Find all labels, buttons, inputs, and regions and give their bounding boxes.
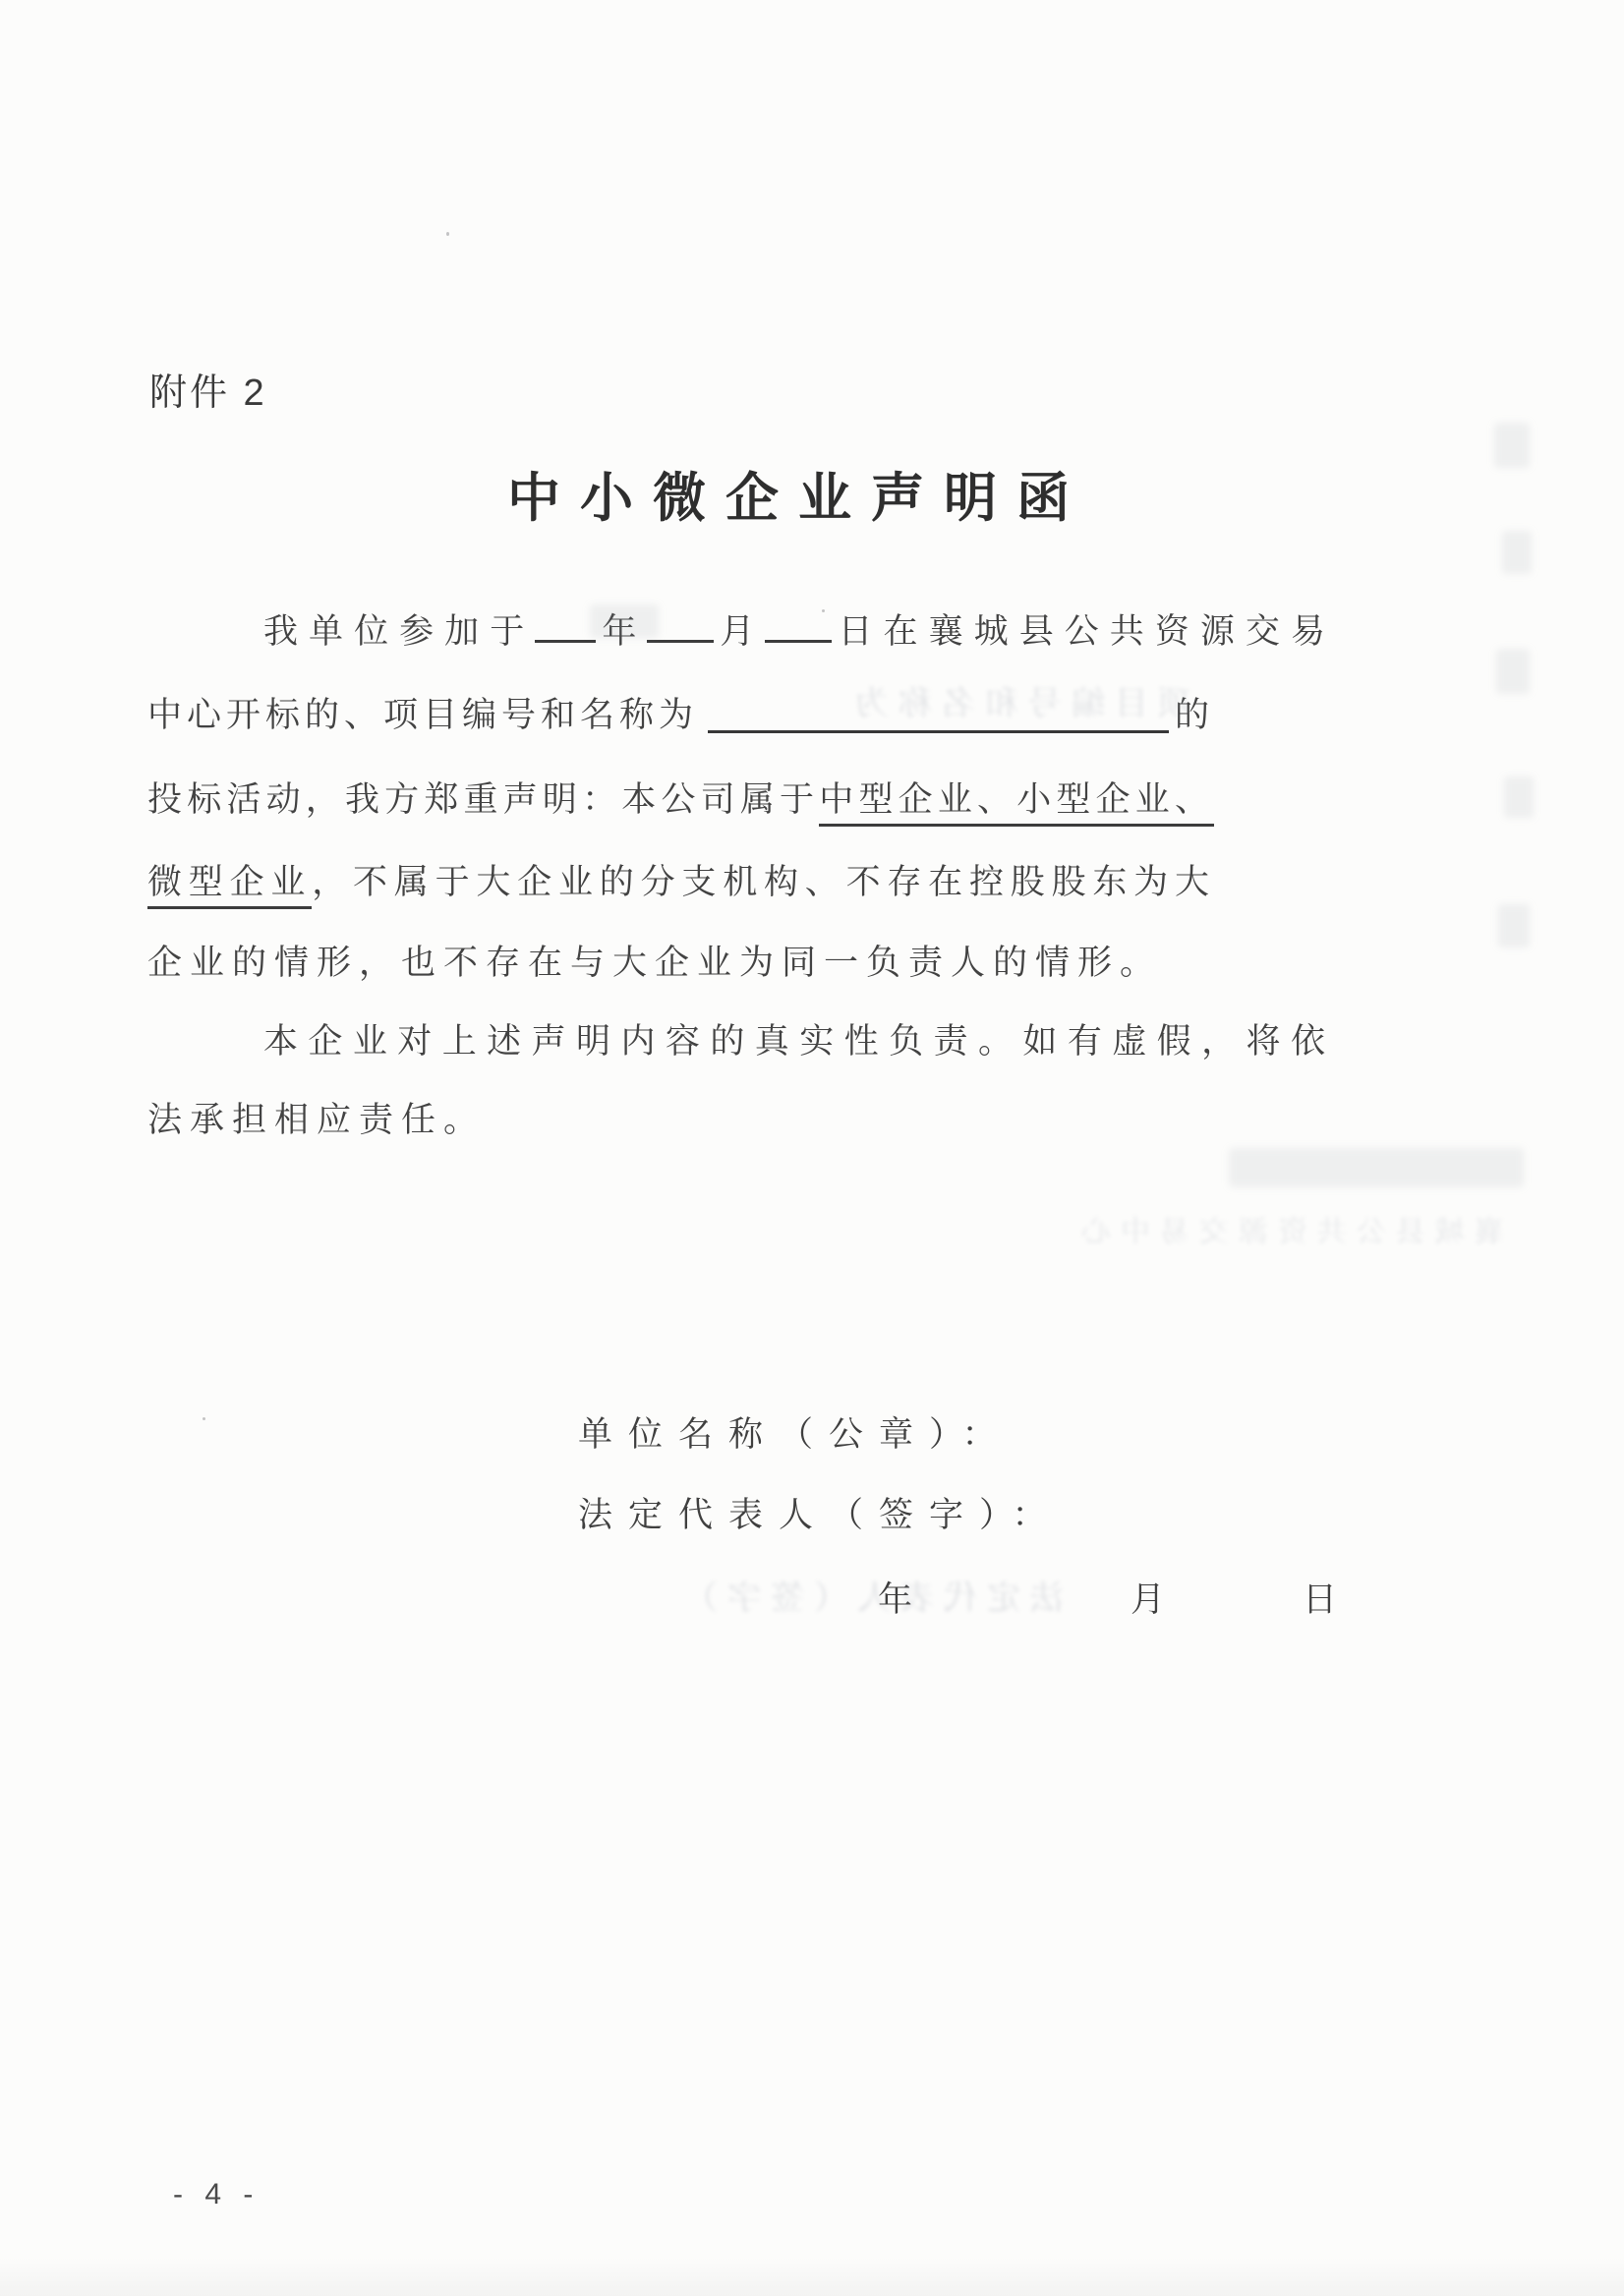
date-day-label: 日 <box>1303 1573 1337 1622</box>
declaration-line-4: 微型企业，不属于大企业的分支机构、不存在控股股东为大 <box>147 855 1214 904</box>
enterprise-type-underlined-1: 中型企业、小型企业、 <box>819 780 1214 827</box>
date-year-label: 年 <box>878 1573 912 1622</box>
bleed-through-smudge <box>1496 649 1530 694</box>
year-label: 年 <box>596 612 647 651</box>
declaration-line-3: 投标活动，我方郑重声明：本公司属于中型企业、小型企业、 <box>147 773 1214 822</box>
scanned-document-page: { "page": { "attachment_label": "附件 2", … <box>0 0 1624 2296</box>
declaration-line-7: 法承担相应责任。 <box>147 1093 1214 1142</box>
day-blank-field <box>765 638 832 643</box>
declaration-line-1: 我单位参加于年月日在襄城县公共资源交易 <box>147 604 1330 654</box>
attachment-label: 附件 2 <box>149 362 267 416</box>
month-label: 月 <box>714 612 765 651</box>
declaration-line-6: 本企业对上述声明内容的真实性负责。如有虚假，将依 <box>147 1014 1330 1063</box>
bleed-through-smudge <box>1502 531 1532 574</box>
project-name-blank-field <box>708 728 1169 733</box>
bleed-through-text: 法定代表人（签字） <box>602 1571 1064 1619</box>
document-title: 中小微企业声明函 <box>0 456 1610 532</box>
line1-text-post: 日在襄城县公共资源交易 <box>832 612 1330 651</box>
month-blank-field <box>647 638 714 643</box>
legal-representative-label: 法定代表人（签字）： <box>578 1488 1063 1537</box>
scan-speck <box>203 1417 205 1420</box>
bleed-through-smudge <box>1229 1148 1524 1187</box>
page-number: - 4 - <box>173 2178 260 2211</box>
declaration-line-2: 中心开标的、项目编号和名称为 的 <box>147 688 1214 737</box>
scanner-shadow <box>0 2257 1624 2296</box>
company-name-label: 单位名称（公章）： <box>578 1407 1013 1457</box>
date-month-label: 月 <box>1131 1573 1165 1622</box>
line3-text-pre: 投标活动，我方郑重声明：本公司属于 <box>147 780 819 819</box>
line2-text-post: 的 <box>1175 688 1214 737</box>
enterprise-type-underlined-2: 微型企业 <box>147 863 312 909</box>
year-blank-field <box>535 638 596 643</box>
bleed-through-text: 襄城县公共资源交易中心 <box>1072 1207 1504 1250</box>
scan-speck <box>446 232 449 236</box>
line1-text-pre: 我单位参加于 <box>263 612 535 651</box>
declaration-line-5: 企业的情形，也不存在与大企业为同一负责人的情形。 <box>147 936 1214 985</box>
line4-text-post: ，不属于大企业的分支机构、不存在控股股东为大 <box>312 863 1214 901</box>
scan-speck <box>822 609 825 612</box>
bleed-through-smudge <box>1504 776 1534 818</box>
bleed-through-smudge <box>1498 904 1530 947</box>
line2-text-pre: 中心开标的、项目编号和名称为 <box>147 688 698 737</box>
